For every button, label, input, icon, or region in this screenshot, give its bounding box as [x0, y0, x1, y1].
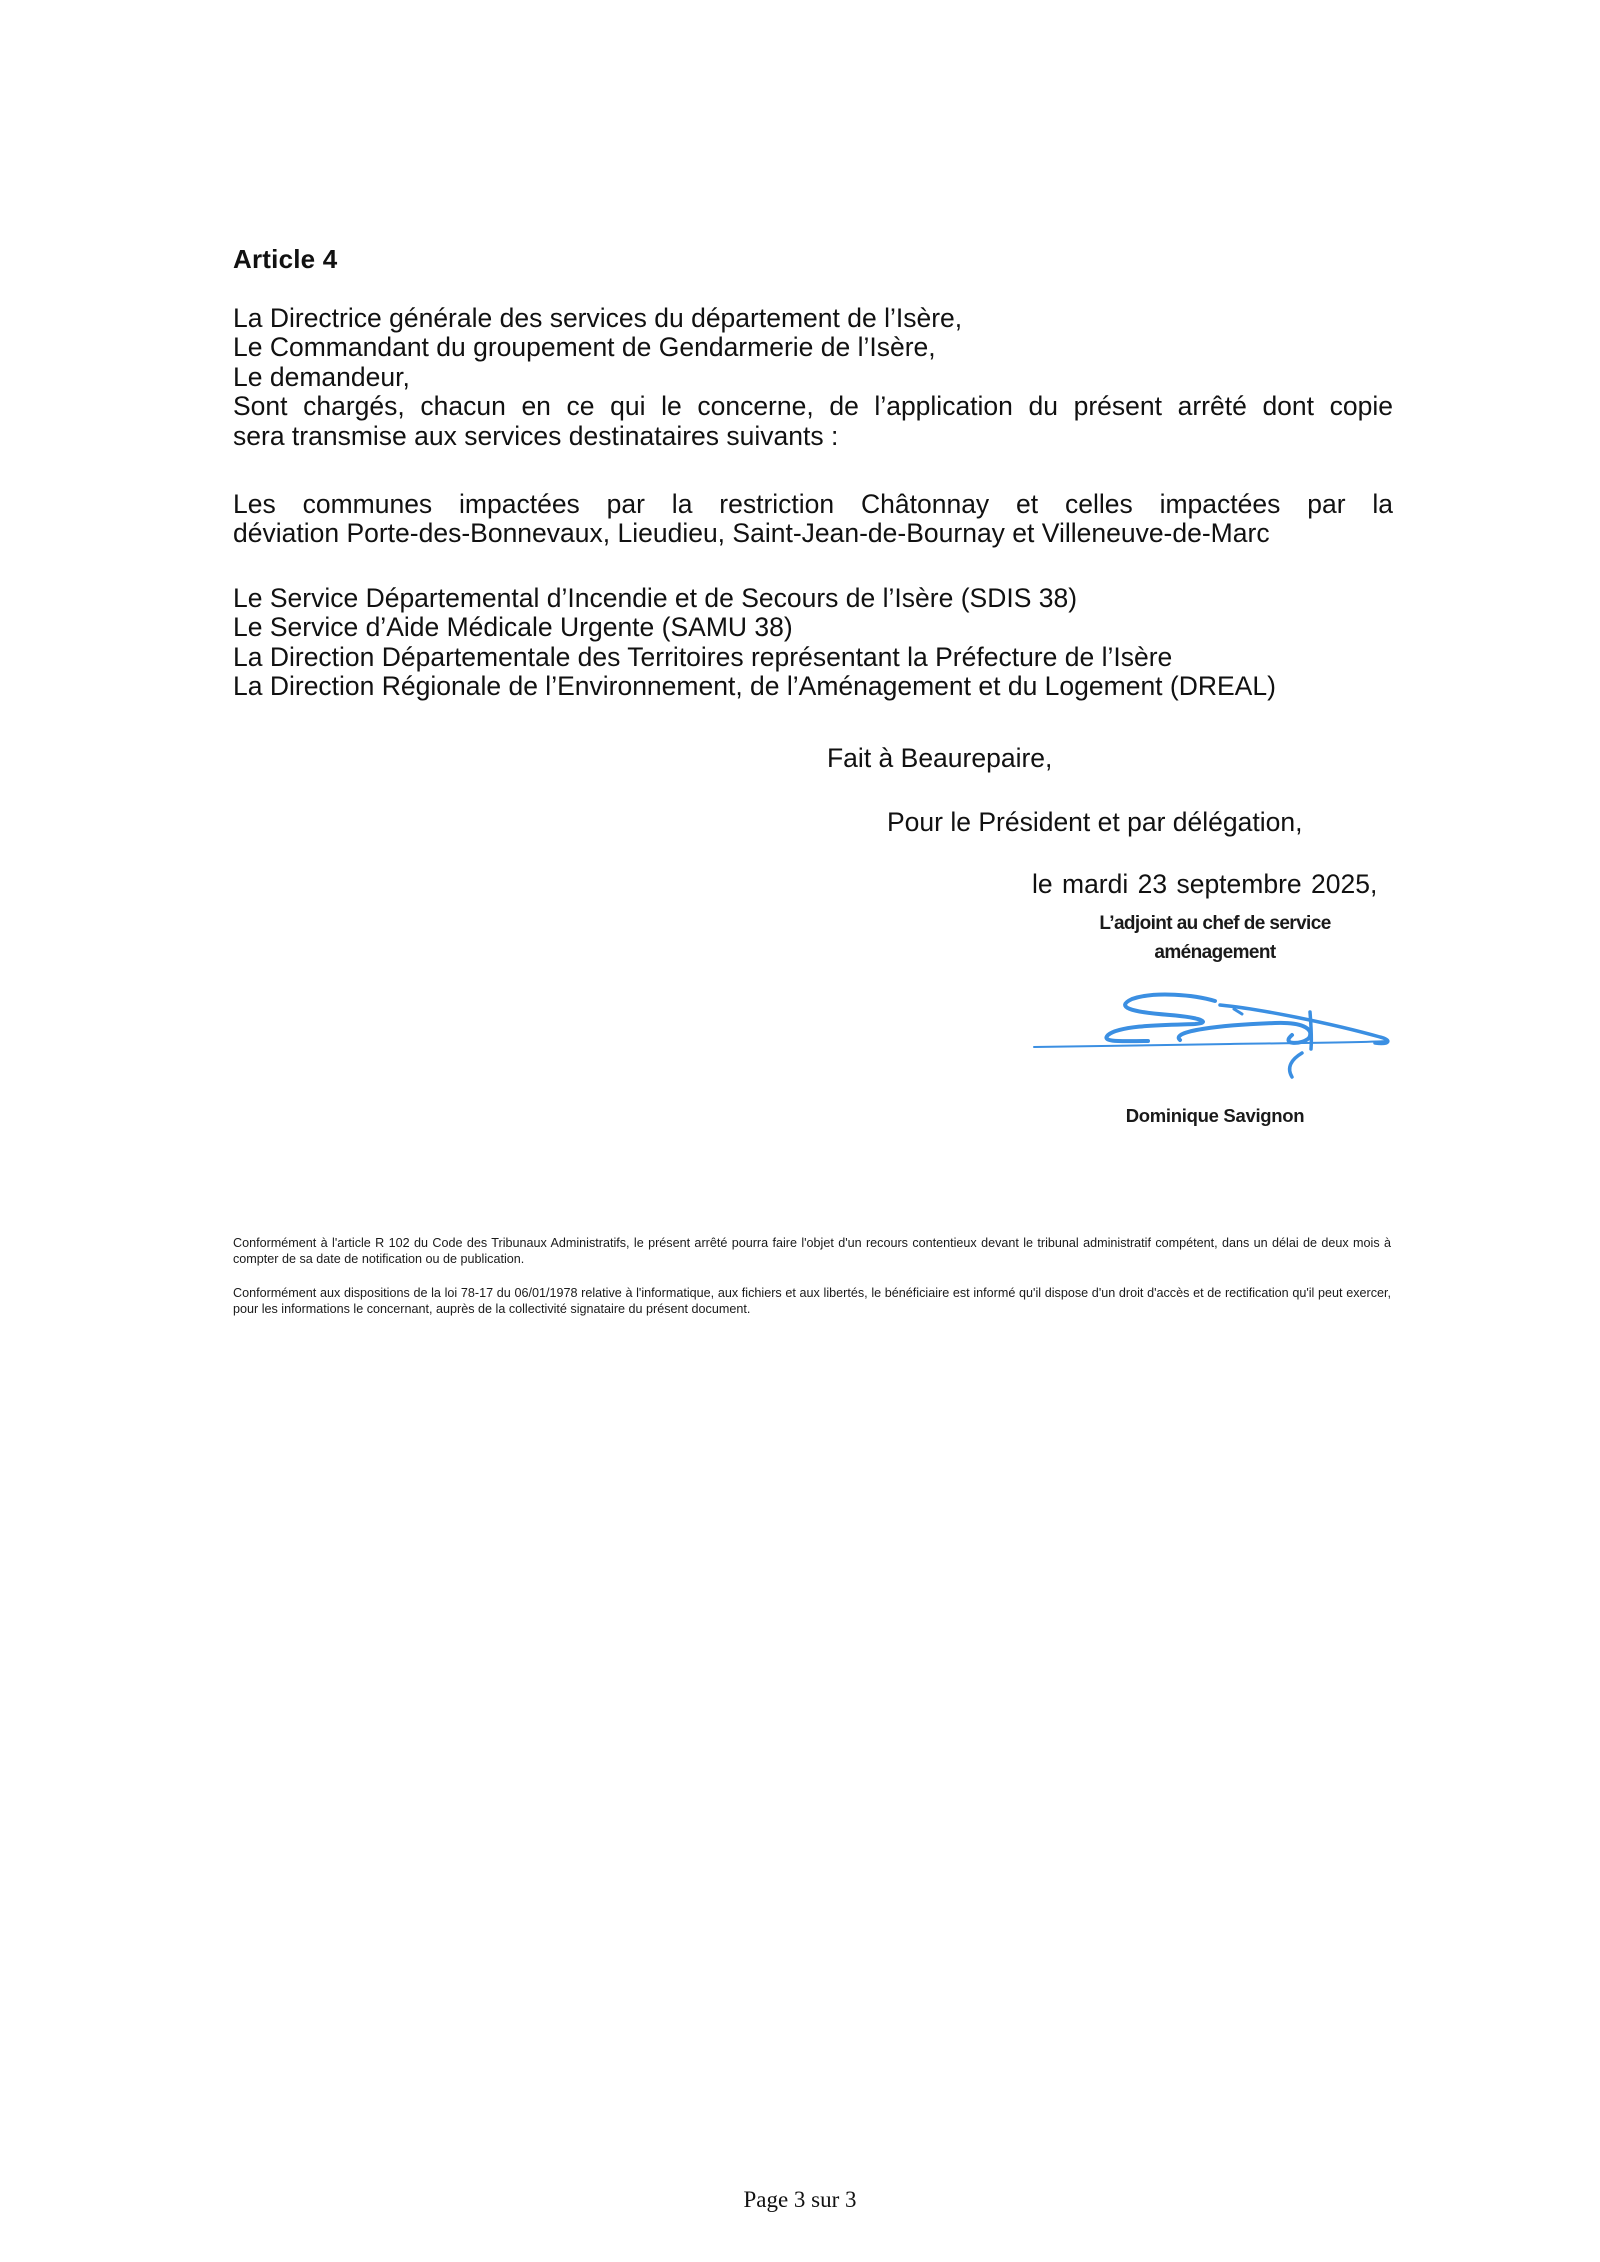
signer-title-line: aménagement [1060, 938, 1370, 967]
footnote-data-protection: Conformément aux dispositions de la loi … [233, 1286, 1391, 1317]
recipient-item: La Direction Régionale de l’Environnemen… [233, 672, 1393, 701]
legal-footnotes: Conformément à l'article R 102 du Code d… [233, 1236, 1391, 1336]
signer-title: L’adjoint au chef de service aménagement [1060, 909, 1370, 967]
document-page: Article 4 La Directrice générale des ser… [0, 0, 1600, 2262]
communes-paragraph: Les communes impactées par la restrictio… [233, 490, 1393, 549]
signer-name: Dominique Savignon [1060, 1105, 1370, 1127]
charge-line: Sont chargés, chacun en ce qui le concer… [233, 392, 1393, 421]
place-line: Fait à Beaurepaire, [827, 743, 1052, 774]
page-number: Page 3 sur 3 [0, 2187, 1600, 2213]
addressee-line: La Directrice générale des services du d… [233, 304, 1393, 333]
recipient-item: Le Service d’Aide Médicale Urgente (SAMU… [233, 613, 1393, 642]
date-line: le mardi 23 septembre 2025, [1032, 869, 1377, 900]
addressee-line: Le Commandant du groupement de Gendarmer… [233, 333, 1393, 362]
recipient-item: La Direction Départementale des Territoi… [233, 643, 1393, 672]
addressee-line: Le demandeur, [233, 363, 1393, 392]
recipient-item: Le Service Départemental d’Incendie et d… [233, 584, 1393, 613]
communes-line: déviation Porte-des-Bonnevaux, Lieudieu,… [233, 519, 1393, 548]
recipients-list: Le Service Départemental d’Incendie et d… [233, 584, 1393, 702]
delegation-line: Pour le Président et par délégation, [887, 807, 1302, 838]
communes-line: Les communes impactées par la restrictio… [233, 490, 1393, 519]
footnote-recourse: Conformément à l'article R 102 du Code d… [233, 1236, 1391, 1267]
charge-line: sera transmise aux services destinataire… [233, 422, 1393, 451]
signer-title-line: L’adjoint au chef de service [1060, 909, 1370, 938]
handwritten-signature-icon [1030, 985, 1410, 1085]
article-heading: Article 4 [233, 244, 337, 275]
addressees-paragraph: La Directrice générale des services du d… [233, 304, 1393, 451]
